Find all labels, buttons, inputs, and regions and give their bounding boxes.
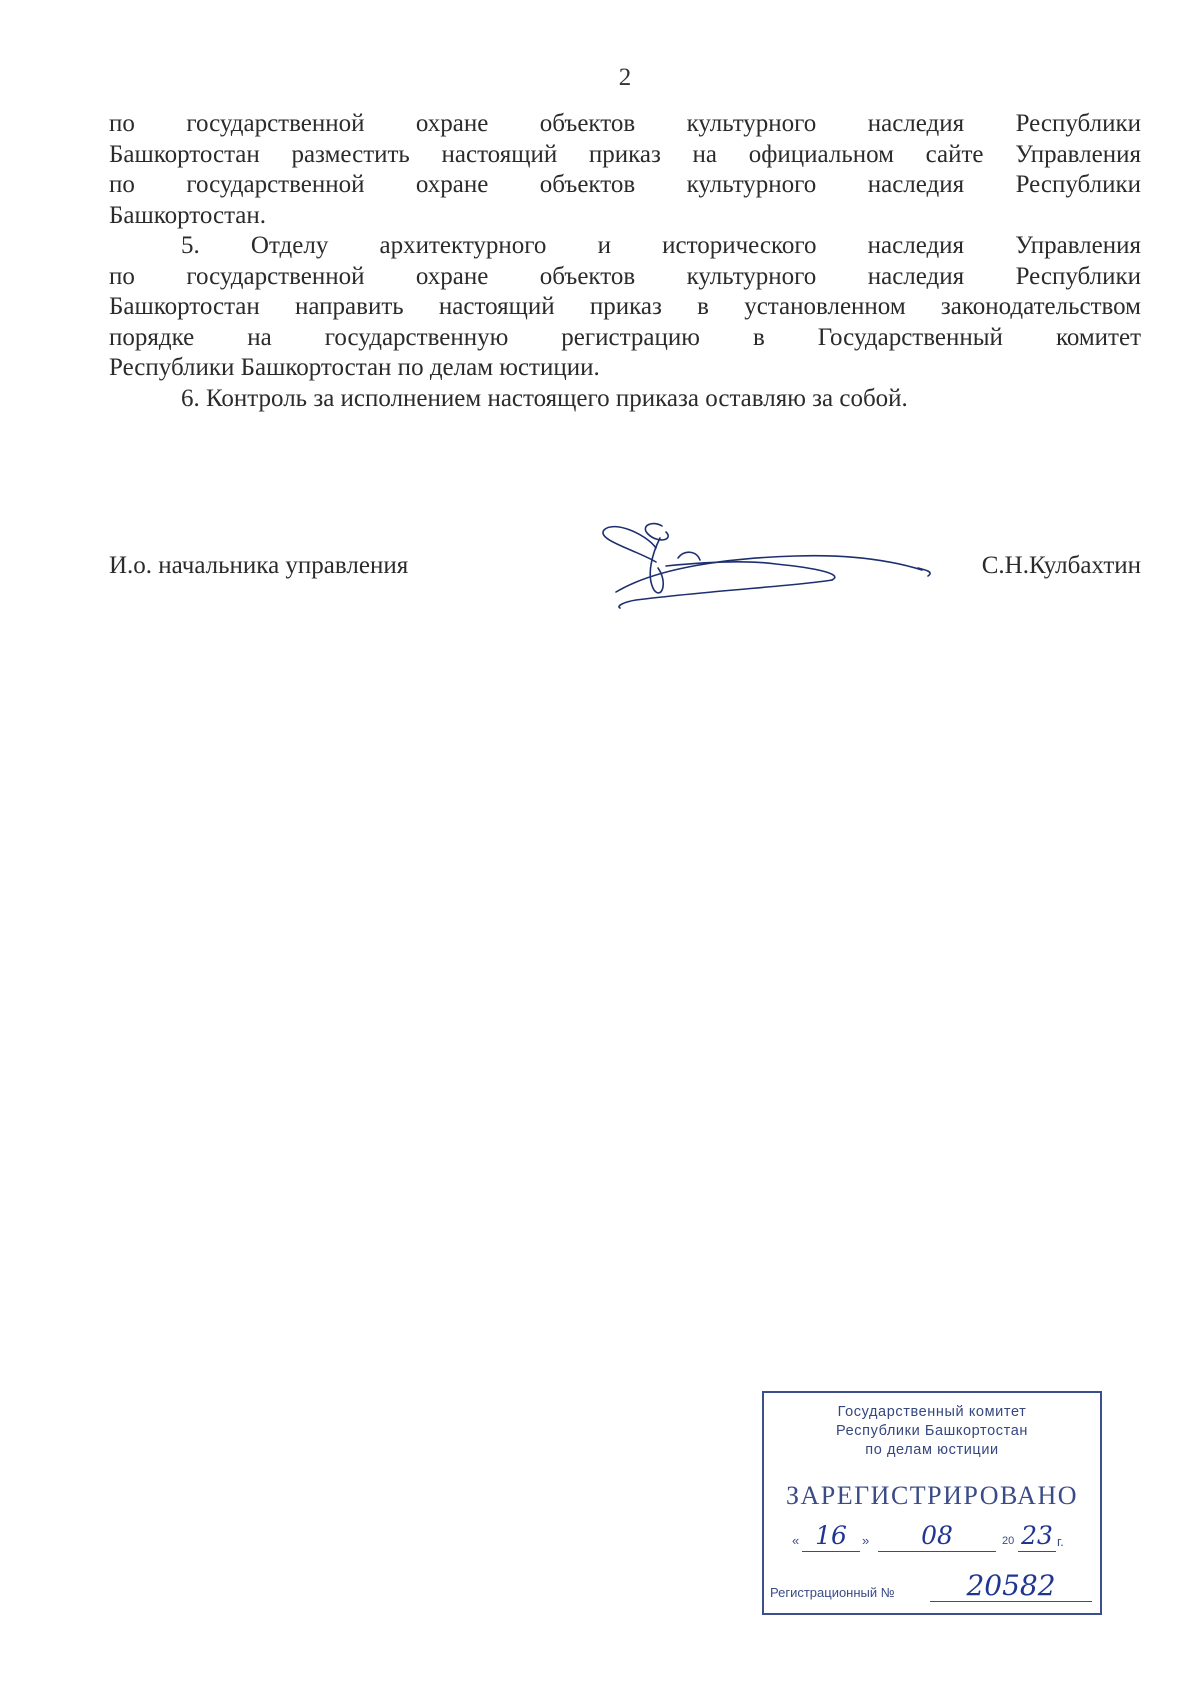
stamp-day: 16	[815, 1521, 847, 1550]
stamp-year-field: 23	[1018, 1521, 1056, 1552]
text-line: Башкортостан.	[109, 201, 1141, 232]
text-line: Республики Башкортостан по делам юстиции…	[109, 353, 1141, 384]
stamp-day-field: 16	[802, 1521, 860, 1552]
text-line: по государственной охране объектов культ…	[109, 262, 1141, 293]
stamp-org-line: по делам юстиции	[764, 1441, 1100, 1460]
stamp-organization: Государственный комитет Республики Башко…	[764, 1403, 1100, 1460]
signer-name: С.Н.Кулбахтин	[982, 552, 1141, 580]
text-line: Башкортостан разместить настоящий приказ…	[109, 140, 1141, 171]
stamp-year: 23	[1021, 1521, 1053, 1550]
registration-stamp: Государственный комитет Республики Башко…	[762, 1391, 1102, 1615]
stamp-org-line: Государственный комитет	[764, 1403, 1100, 1422]
stamp-org-line: Республики Башкортостан	[764, 1422, 1100, 1441]
open-quote: «	[792, 1533, 799, 1548]
handwritten-signature-icon	[596, 520, 936, 610]
text-line: порядке на государственную регистрацию в…	[109, 323, 1141, 354]
text-line: по государственной охране объектов культ…	[109, 109, 1141, 140]
year-unit: г.	[1057, 1534, 1064, 1549]
stamp-month: 08	[921, 1521, 953, 1550]
signer-position: И.о. начальника управления	[109, 552, 408, 580]
text-line: 6. Контроль за исполнением настоящего пр…	[109, 384, 1141, 415]
text-line: по государственной охране объектов культ…	[109, 170, 1141, 201]
paragraph-4-continuation: по государственной охране объектов культ…	[109, 109, 1141, 231]
stamp-date: « 16 » 08 20 23 г.	[792, 1521, 1090, 1555]
stamp-title: ЗАРЕГИСТРИРОВАНО	[764, 1481, 1100, 1511]
close-quote: »	[862, 1533, 869, 1548]
text-line: Башкортостан направить настоящий приказ …	[109, 292, 1141, 323]
paragraph-5: 5. Отделу архитектурного и исторического…	[109, 231, 1141, 384]
reg-number-field: 20582	[930, 1569, 1092, 1602]
stamp-registration: Регистрационный № 20582	[770, 1569, 1092, 1605]
page-number: 2	[0, 64, 1200, 92]
stamp-month-field: 08	[878, 1521, 996, 1552]
reg-label: Регистрационный №	[770, 1585, 895, 1600]
document-body: по государственной охране объектов культ…	[109, 109, 1141, 414]
reg-number: 20582	[966, 1569, 1055, 1602]
paragraph-6: 6. Контроль за исполнением настоящего пр…	[109, 384, 1141, 415]
year-prefix: 20	[1002, 1535, 1014, 1547]
text-line: 5. Отделу архитектурного и исторического…	[109, 231, 1141, 262]
